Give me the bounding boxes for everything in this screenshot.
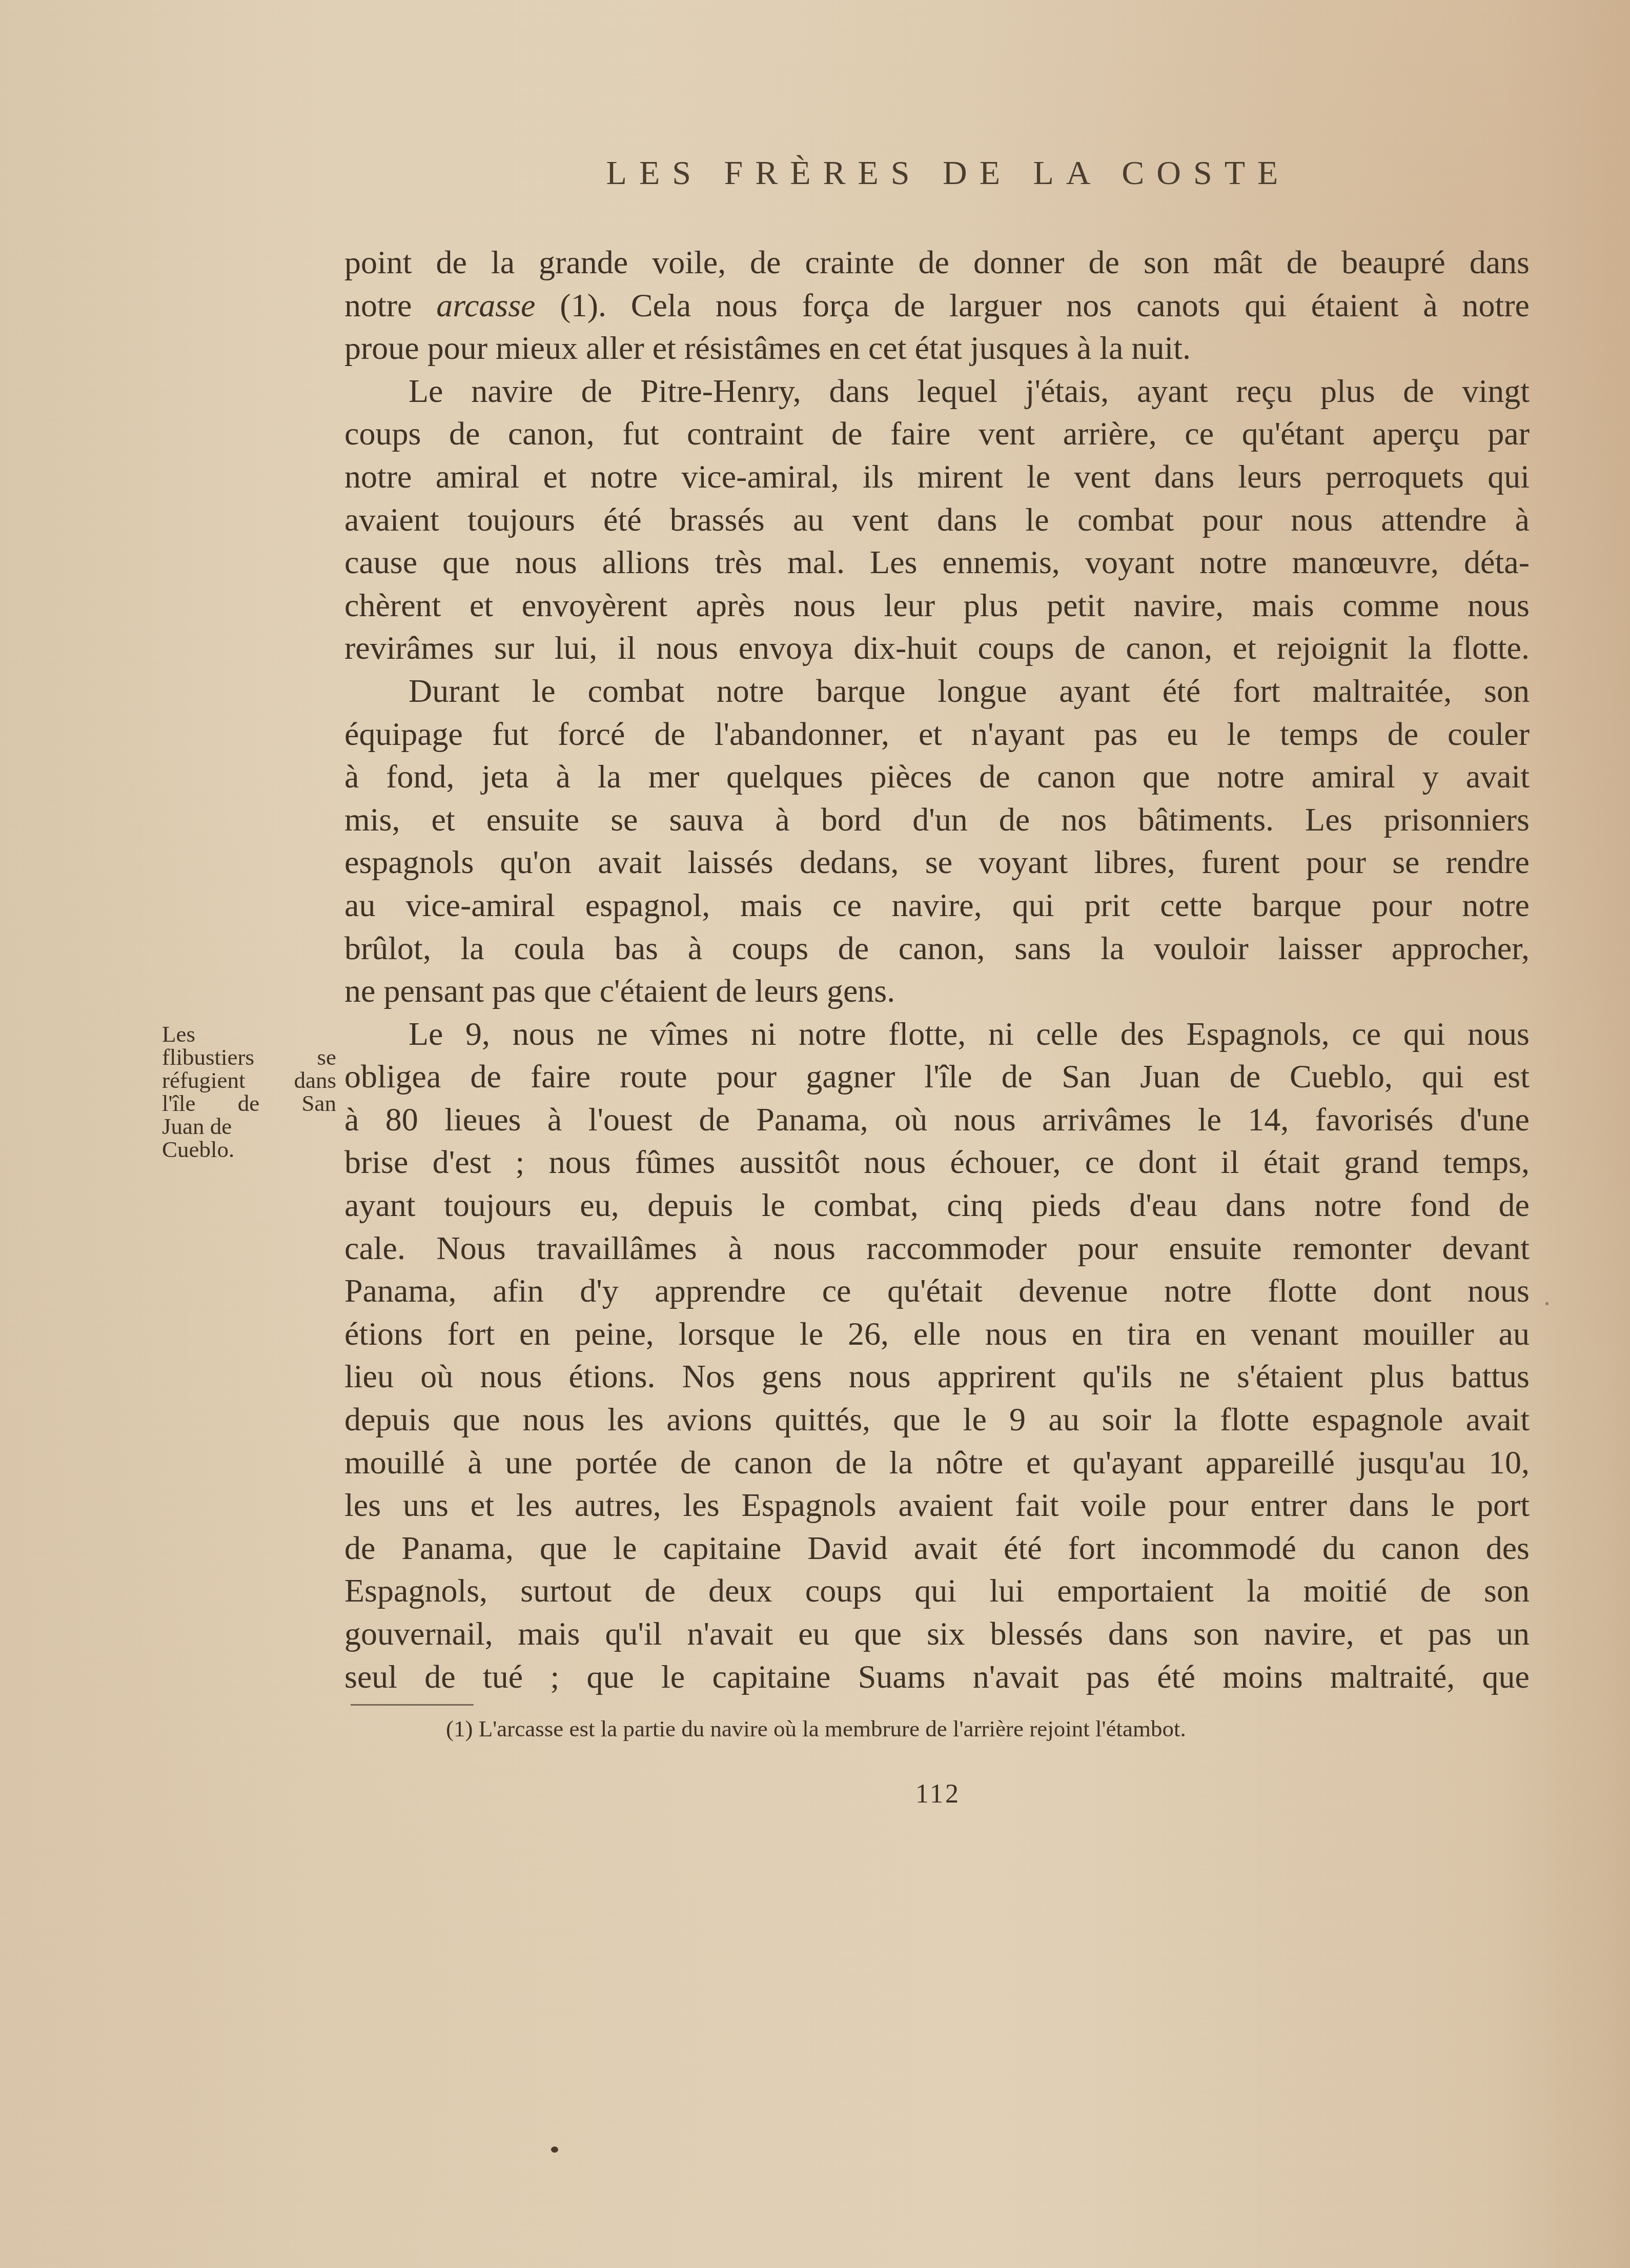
body-line: ayant toujours eu, depuis le combat, cin… — [344, 1184, 1530, 1227]
margin-note-line: Cueblo. — [162, 1138, 336, 1161]
body-text: point de la grande voile, de crainte de … — [344, 241, 1530, 1698]
body-line-text: Le 9, nous ne vîmes ni notre flotte, ni … — [409, 1016, 1530, 1052]
body-line: notre amiral et notre vice-amiral, ils m… — [344, 455, 1530, 498]
body-line: cause que nous allions très mal. Les enn… — [344, 541, 1530, 584]
body-line: mouillé à une portée de canon de la nôtr… — [344, 1441, 1530, 1484]
body-line: gouvernail, mais qu'il n'avait eu que si… — [344, 1612, 1530, 1655]
body-line-text: Espagnols, surtout de deux coups qui lui… — [344, 1572, 1530, 1609]
body-line-text: mouillé à une portée de canon de la nôtr… — [344, 1444, 1530, 1481]
body-line: Durant le combat notre barque longue aya… — [344, 670, 1530, 713]
body-line-text: équipage fut forcé de l'abandonner, et n… — [344, 716, 1530, 752]
body-line-text: depuis que nous les avions quittés, que … — [344, 1401, 1530, 1437]
body-line: Panama, afin d'y apprendre ce qu'était d… — [344, 1269, 1530, 1312]
body-line-text: notre — [344, 287, 436, 323]
body-line-text: Le navire de Pitre-Henry, dans lequel j'… — [409, 373, 1530, 409]
body-line: brise d'est ; nous fûmes aussitôt nous é… — [344, 1141, 1530, 1184]
body-line: depuis que nous les avions quittés, que … — [344, 1398, 1530, 1441]
italic-term: arcasse — [436, 287, 535, 323]
body-line: avaient toujours été brassés au vent dan… — [344, 498, 1530, 541]
body-line-text: obligea de faire route pour gagner l'île… — [344, 1058, 1530, 1095]
body-line: mis, et ensuite se sauva à bord d'un de … — [344, 798, 1530, 841]
body-line: à fond, jeta à la mer quelques pièces de… — [344, 755, 1530, 798]
body-line-text: notre amiral et notre vice-amiral, ils m… — [344, 458, 1530, 495]
body-line-text: de Panama, que le capitaine David avait … — [344, 1530, 1530, 1566]
margin-note: Les flibustiers se réfugient dans l'île … — [162, 1023, 336, 1161]
footnote-text: L'arcasse est la partie du navire où la … — [479, 1716, 1186, 1741]
body-line-text: seul de tué ; que le capitaine Suams n'a… — [344, 1658, 1530, 1695]
paper-speck — [702, 1115, 705, 1118]
footnote: (1) L'arcasse est la partie du navire où… — [446, 1713, 1186, 1744]
running-head: LES FRÈRES DE LA COSTE — [0, 154, 1630, 193]
body-line-text: gouvernail, mais qu'il n'avait eu que si… — [344, 1615, 1530, 1652]
body-line: espagnols qu'on avait laissés dedans, se… — [344, 841, 1530, 884]
body-line: obligea de faire route pour gagner l'île… — [344, 1055, 1530, 1098]
body-line-text: brise d'est ; nous fûmes aussitôt nous é… — [344, 1144, 1530, 1180]
body-line-text: espagnols qu'on avait laissés dedans, se… — [344, 844, 1530, 880]
body-line-text: Durant le combat notre barque longue aya… — [409, 673, 1530, 709]
body-line: ne pensant pas que c'étaient de leurs ge… — [344, 969, 1530, 1012]
body-line: notre arcasse (1). Cela nous força de la… — [344, 284, 1530, 327]
paper-speck — [551, 2146, 558, 2153]
paper-speck — [1545, 1302, 1548, 1305]
body-line-text: proue pour mieux aller et résistâmes en … — [344, 330, 1191, 366]
body-line: brûlot, la coula bas à coups de canon, s… — [344, 927, 1530, 970]
body-line: au vice-amiral espagnol, mais ce navire,… — [344, 884, 1530, 927]
body-line: de Panama, que le capitaine David avait … — [344, 1527, 1530, 1570]
body-line: Espagnols, surtout de deux coups qui lui… — [344, 1569, 1530, 1612]
body-line: seul de tué ; que le capitaine Suams n'a… — [344, 1655, 1530, 1698]
body-line-text: coups de canon, fut contraint de faire v… — [344, 415, 1530, 452]
body-line: les uns et les autres, les Espagnols ava… — [344, 1484, 1530, 1527]
margin-note-line: réfugient dans — [162, 1069, 336, 1092]
body-line-text: cause que nous allions très mal. Les enn… — [344, 544, 1530, 580]
page-number: 112 — [907, 1779, 969, 1809]
body-line-text: revirâmes sur lui, il nous envoya dix-hu… — [344, 630, 1530, 666]
body-line: chèrent et envoyèrent après nous leur pl… — [344, 584, 1530, 627]
body-line: coups de canon, fut contraint de faire v… — [344, 412, 1530, 455]
margin-note-line: l'île de San — [162, 1092, 336, 1115]
body-line-text: à 80 lieues à l'ouest de Panama, où nous… — [344, 1101, 1530, 1138]
body-line: revirâmes sur lui, il nous envoya dix-hu… — [344, 626, 1530, 670]
book-page: LES FRÈRES DE LA COSTE Les flibustiers s… — [0, 0, 1630, 2268]
body-line: étions fort en peine, lorsque le 26, ell… — [344, 1312, 1530, 1355]
body-line-text: Panama, afin d'y apprendre ce qu'était d… — [344, 1272, 1530, 1309]
body-line-text: brûlot, la coula bas à coups de canon, s… — [344, 930, 1530, 966]
body-line-text: (1). Cela nous força de larguer nos cano… — [536, 287, 1530, 323]
body-line: point de la grande voile, de crainte de … — [344, 241, 1530, 284]
body-line: cale. Nous travaillâmes à nous raccommod… — [344, 1227, 1530, 1270]
body-line: Le 9, nous ne vîmes ni notre flotte, ni … — [344, 1012, 1530, 1056]
body-line-text: lieu où nous étions. Nos gens nous appri… — [344, 1358, 1530, 1394]
margin-note-line: Juan de — [162, 1115, 336, 1138]
body-line-text: chèrent et envoyèrent après nous leur pl… — [344, 587, 1530, 623]
body-line: lieu où nous étions. Nos gens nous appri… — [344, 1355, 1530, 1398]
body-line-text: point de la grande voile, de crainte de … — [344, 244, 1530, 280]
body-line-text: cale. Nous travaillâmes à nous raccommod… — [344, 1230, 1530, 1266]
body-line-text: à fond, jeta à la mer quelques pièces de… — [344, 758, 1530, 795]
body-line-text: ne pensant pas que c'étaient de leurs ge… — [344, 973, 895, 1009]
body-line-text: avaient toujours été brassés au vent dan… — [344, 501, 1530, 538]
footnote-divider — [351, 1704, 474, 1706]
margin-note-line: flibustiers se — [162, 1046, 336, 1069]
body-line: équipage fut forcé de l'abandonner, et n… — [344, 713, 1530, 756]
body-line: Le navire de Pitre-Henry, dans lequel j'… — [344, 370, 1530, 413]
body-line-text: ayant toujours eu, depuis le combat, cin… — [344, 1187, 1530, 1223]
body-line: à 80 lieues à l'ouest de Panama, où nous… — [344, 1098, 1530, 1141]
body-line-text: les uns et les autres, les Espagnols ava… — [344, 1487, 1530, 1523]
footnote-marker: (1) — [446, 1716, 473, 1741]
margin-note-line: Les — [162, 1023, 336, 1046]
body-line-text: mis, et ensuite se sauva à bord d'un de … — [344, 801, 1530, 838]
body-line: proue pour mieux aller et résistâmes en … — [344, 327, 1530, 370]
body-line-text: étions fort en peine, lorsque le 26, ell… — [344, 1315, 1530, 1352]
body-line-text: au vice-amiral espagnol, mais ce navire,… — [344, 887, 1530, 923]
